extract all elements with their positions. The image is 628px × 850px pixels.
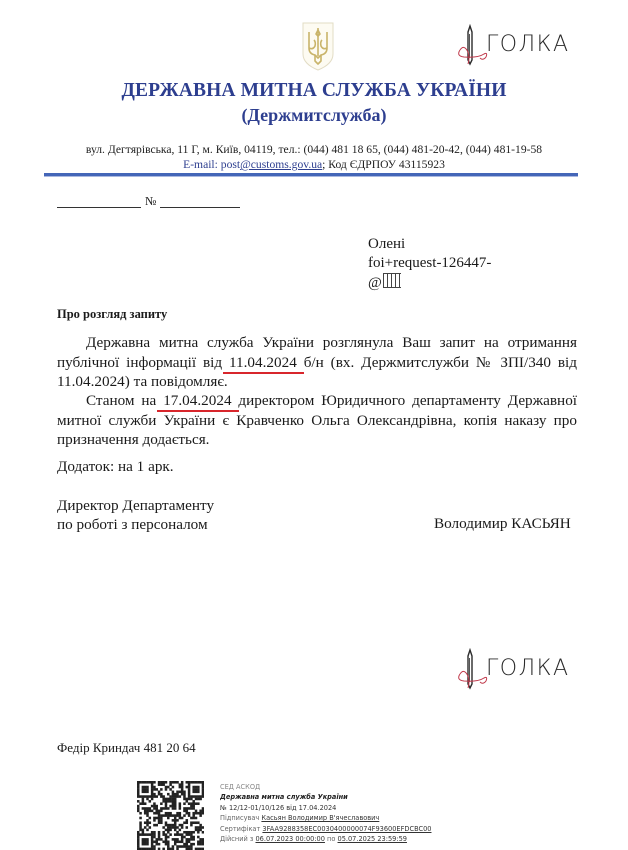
esig-valid-label: Дійсний з <box>220 835 255 843</box>
esig-valid-to-label: по <box>325 835 338 843</box>
executor-contact: Федір Криндач 481 20 64 <box>57 740 196 756</box>
paragraph-request: Державна митна служба України розглянула… <box>57 333 577 392</box>
org-title: ДЕРЖАВНА МИТНА СЛУЖБА УКРАЇНИ <box>0 80 628 102</box>
esig-cert: 3FAA9288358EC0030400000074F93600EFDCBC00 <box>262 825 431 833</box>
signer-title: Директор Департаменту по роботі з персон… <box>57 496 214 534</box>
qr-code-icon[interactable] <box>137 781 204 850</box>
letter-subject: Про розгляд запиту <box>57 307 167 322</box>
org-contacts: E-mail: post@customs.gov.ua; Код ЄДРПОУ … <box>0 158 628 171</box>
trident-coat-of-arms-icon <box>300 20 336 72</box>
email-label: E-mail: post <box>183 158 240 171</box>
reg-number-sign: № <box>145 194 156 209</box>
highlighted-date-request: 11.04.2024 <box>229 354 297 371</box>
reg-number-blank <box>160 207 240 208</box>
paragraph-text: Станом на <box>86 392 163 409</box>
edrpou-code: ; Код ЄДРПОУ 43115923 <box>322 158 445 171</box>
e-signature-stamp: СЕД АСКОД Державна митна служба України … <box>220 782 440 844</box>
recipient-email-line2: @ <box>368 273 491 293</box>
golka-brand-text: ГОЛКА <box>486 32 570 57</box>
needle-thread-icon <box>456 24 488 66</box>
needle-thread-icon <box>456 648 488 690</box>
esig-valid-to: 05.07.2025 23:59:59 <box>338 835 407 843</box>
org-address: вул. Дегтярівська, 11 Г, м. Київ, 04119,… <box>0 143 628 156</box>
signer-title-line2: по роботі з персоналом <box>57 515 214 534</box>
golka-watermark-logo: ГОЛКА <box>456 648 586 690</box>
recipient-block: Олені foi+request-126447- @ <box>368 235 491 293</box>
esig-cert-label: Сертифікат <box>220 825 262 833</box>
header-divider <box>44 173 578 176</box>
attachment-note: Додаток: на 1 арк. <box>57 458 174 476</box>
esig-signer-line: Підписувач Касьян Володимир В'ячеславови… <box>220 813 440 823</box>
esig-valid-from: 06.07.2023 00:00:00 <box>255 835 324 843</box>
recipient-email-line1: foi+request-126447- <box>368 254 491 273</box>
paragraph-status: Станом на 17.04.2024 директором Юридично… <box>57 391 577 450</box>
esig-cert-line: Сертифікат 3FAA9288358EC0030400000074F93… <box>220 824 440 834</box>
esig-valid-line: Дійсний з 06.07.2023 00:00:00 по 05.07.2… <box>220 834 440 844</box>
highlighted-date-status: 17.04.2024 <box>163 392 231 409</box>
reg-date-blank <box>57 207 141 208</box>
esig-signer-label: Підписувач <box>220 814 261 822</box>
esig-signer: Касьян Володимир В'ячеславович <box>261 814 379 822</box>
signer-title-line1: Директор Департаменту <box>57 496 214 515</box>
at-sign: @ <box>368 275 382 291</box>
signer-name: Володимир КАСЬЯН <box>434 515 571 533</box>
golka-watermark-logo: ГОЛКА <box>456 24 586 66</box>
esig-doc-number: № 12/12-01/10/126 від 17.04.2024 <box>220 803 440 813</box>
esig-org: Державна митна служба України <box>220 792 440 802</box>
email-link[interactable]: @customs.gov.ua <box>240 158 322 171</box>
redacted-domain <box>383 273 401 288</box>
esig-system: СЕД АСКОД <box>220 782 440 792</box>
org-short-name: (Держмитслужба) <box>0 105 628 126</box>
golka-brand-text: ГОЛКА <box>486 656 570 681</box>
recipient-name: Олені <box>368 235 491 254</box>
